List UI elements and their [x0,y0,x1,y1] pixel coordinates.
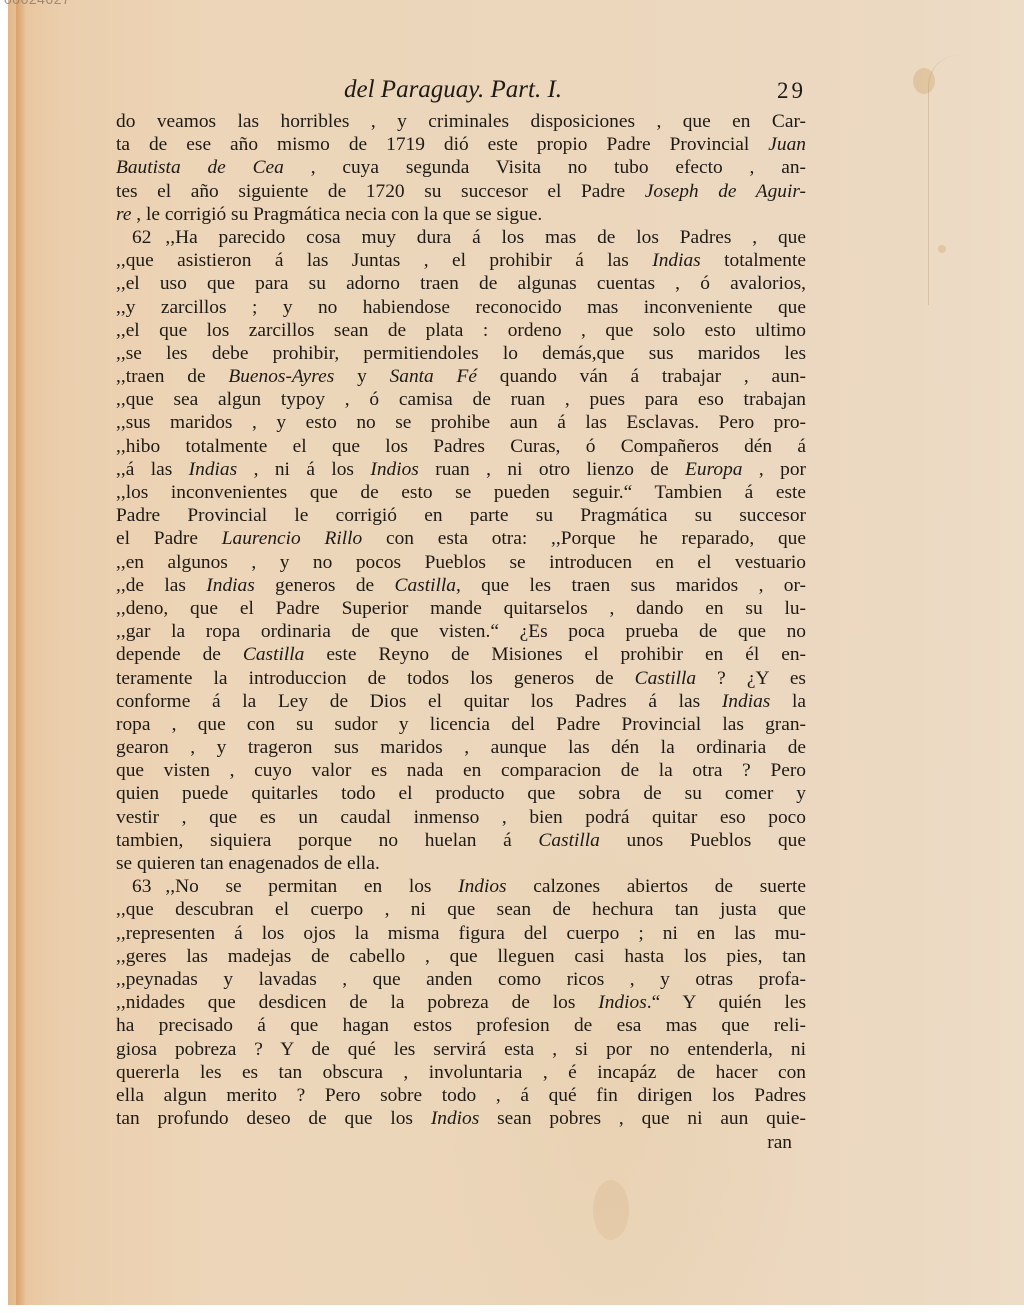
text-line: que visten , cuyo valor es nada en compa… [116,759,806,782]
text-line: ,,en algunos , y no pocos Pueblos se int… [116,551,806,574]
italic-text: Castilla [538,830,599,851]
text-segment: ,,sus maridos , y esto no se prohibe aun… [116,412,806,433]
text-segment: ,,de las [116,575,206,596]
text-line: ,,que sea algun typoy , ó camisa de ruan… [116,388,806,411]
text-line: ,,y zarcillos ; y no habiendose reconoci… [116,296,806,319]
italic-text: Santa Fé [390,366,477,387]
text-segment: el Padre [116,528,222,549]
text-line: quererla les es tan obscura , involuntar… [116,1061,806,1084]
text-line: ,,geres las madejas de cabello , que lle… [116,945,806,968]
text-line: ,,gar la ropa ordinaria de que visten.“ … [116,620,806,643]
text-line: ,,nidades que desdicen de la pobreza de … [116,991,806,1014]
text-line: ha precisado á que hagan estos profesion… [116,1014,806,1037]
text-line: giosa pobreza ? Y de qué les servirá est… [116,1038,806,1061]
text-segment: ha precisado á que hagan estos profesion… [116,1015,806,1036]
spine-shadow [16,0,26,1305]
text-segment: do veamos las horribles , y criminales d… [116,111,806,132]
italic-text: Castilla [395,575,456,596]
text-segment: ,,geres las madejas de cabello , que lle… [116,946,806,967]
italic-text: Juan [768,134,806,155]
text-block: del Paraguay. Part. I. 29 do veamos las … [116,76,806,1156]
text-segment: ,,en algunos , y no pocos Pueblos se int… [116,552,806,573]
text-line: ,,peynadas y lavadas , que anden como ri… [116,968,806,991]
text-segment: calzones abiertos de suerte [507,876,806,897]
text-line: ,,los inconvenientes que de esto se pued… [116,481,806,504]
italic-text: Europa [685,459,742,480]
text-segment: ,,traen de [116,366,228,387]
text-segment: y [334,366,389,387]
text-segment: , que les traen sus maridos , or- [456,575,806,596]
text-line: ,,representen á los ojos la misma figura… [116,922,806,945]
italic-text: Indios [598,992,646,1013]
text-segment: totalmente [701,250,806,271]
italic-text: re [116,204,131,225]
text-line: ,,deno, que el Padre Superior mande quit… [116,597,806,620]
text-line: gearon , y trageron sus maridos , aunque… [116,736,806,759]
italic-text: Indias [206,575,254,596]
paragraph-number: 63 [132,875,151,898]
catchword: ran [116,1130,806,1156]
italic-text: Indios [431,1108,479,1129]
book-page: del Paraguay. Part. I. 29 do veamos las … [8,0,1024,1305]
text-line: ,,el uso que para su adorno traen de alg… [116,272,806,295]
text-segment: ,,que descubran el cuerpo , ni que sean … [116,899,806,920]
text-line: vestir , que es un caudal inmenso , bien… [116,806,806,829]
text-line: tambien, siquiera porque no huelan á Cas… [116,829,806,852]
text-segment: ,,el que los zarcillos sean de plata : o… [116,320,806,341]
text-segment: se quieren tan enagenados de ella. [116,853,380,874]
text-segment: ta de ese año mismo de 1719 dió este pro… [116,134,768,155]
text-segment: con esta otra: ,,Porque he reparado, que [362,528,806,549]
text-segment: depende de [116,644,243,665]
text-segment: este Reyno de Misiones el prohibir en él… [304,644,806,665]
text-line: se quieren tan enagenados de ella. [116,852,806,875]
text-line: ,,que descubran el cuerpo , ni que sean … [116,898,806,921]
italic-text: Joseph de Aguir- [645,181,806,202]
italic-text: Bautista de Cea [116,157,284,178]
text-line: teramente la introduccion de todos los g… [116,667,806,690]
text-segment: ,,No se permitan en los [165,876,458,897]
paper-crease [928,55,959,305]
text-segment: ,,que sea algun typoy , ó camisa de ruan… [116,389,806,410]
text-line: tes el año siguiente de 1720 su succesor… [116,180,806,203]
italic-text: Castilla [243,644,304,665]
foxing-spot [913,68,935,94]
text-segment: ropa , que con su sudor y licencia del P… [116,714,806,735]
text-segment: ,,el uso que para su adorno traen de alg… [116,273,806,294]
text-line: do veamos las horribles , y criminales d… [116,110,806,133]
text-line: ta de ese año mismo de 1719 dió este pro… [116,133,806,156]
text-segment: generos de [255,575,395,596]
text-segment: quien puede quitarles todo el producto q… [116,783,806,804]
text-segment: ,,y zarcillos ; y no habiendose reconoci… [116,297,806,318]
text-segment: , por [742,459,806,480]
text-segment: unos Pueblos que [600,830,806,851]
text-segment: ,,que asistieron á las Juntas , el prohi… [116,250,652,271]
text-line: ella algun merito ? Pero sobre todo , á … [116,1084,806,1107]
text-segment: .“ Y quién les [647,992,806,1013]
text-segment: ella algun merito ? Pero sobre todo , á … [116,1085,806,1106]
text-segment: la [770,691,806,712]
paragraph-number: 62 [132,226,151,249]
text-segment: , ni á los [237,459,370,480]
text-line: 63,,No se permitan en los Indios calzone… [116,875,806,898]
text-segment: Padre Provincial le corrigió en parte su… [116,505,806,526]
italic-text: Indias [189,459,237,480]
text-segment: vestir , que es un caudal inmenso , bien… [116,807,806,828]
body-text: do veamos las horribles , y criminales d… [116,110,806,1130]
italic-text: Laurencio Rillo [222,528,362,549]
text-segment: giosa pobreza ? Y de qué les servirá est… [116,1039,806,1060]
foxing-spot [938,245,946,253]
page-number: 29 [777,78,806,104]
text-line: ,,hibo totalmente el que los Padres Cura… [116,435,806,458]
text-line: 62,,Ha parecido cosa muy dura á los mas … [116,226,806,249]
italic-text: Indios [370,459,418,480]
text-line: ,,de las Indias generos de Castilla, que… [116,574,806,597]
italic-text: Indias [722,691,770,712]
text-line: ,,que asistieron á las Juntas , el prohi… [116,249,806,272]
text-line: tan profundo deseo de que los Indios sea… [116,1107,806,1130]
text-segment: ,,Ha parecido cosa muy dura á los mas de… [165,227,806,248]
italic-text: Indias [652,250,700,271]
text-segment: sean pobres , que ni aun quie- [479,1108,806,1129]
text-segment: ,,peynadas y lavadas , que anden como ri… [116,969,806,990]
text-segment: tambien, siquiera porque no huelan á [116,830,538,851]
text-segment: tan profundo deseo de que los [116,1108,431,1129]
text-line: quien puede quitarles todo el producto q… [116,782,806,805]
text-segment: quererla les es tan obscura , involuntar… [116,1062,806,1083]
running-head: del Paraguay. Part. I. 29 [116,76,806,110]
text-line: el Padre Laurencio Rillo con esta otra: … [116,527,806,550]
text-segment: ,,hibo totalmente el que los Padres Cura… [116,436,806,457]
text-line: ropa , que con su sudor y licencia del P… [116,713,806,736]
text-line: depende de Castilla este Reyno de Mision… [116,643,806,666]
text-line: ,,sus maridos , y esto no se prohibe aun… [116,411,806,434]
italic-text: Indios [458,876,506,897]
text-line: Bautista de Cea , cuya segunda Visita no… [116,156,806,179]
text-segment: quando ván á trabajar , aun- [477,366,806,387]
italic-text: Buenos-Ayres [228,366,334,387]
text-line: conforme á la Ley de Dios el quitar los … [116,690,806,713]
text-segment: , cuya segunda Visita no tubo efecto , a… [284,157,806,178]
text-segment: ,,gar la ropa ordinaria de que visten.“ … [116,621,806,642]
scan-id-fragment: 00024627 [4,0,70,7]
text-segment: ,,representen á los ojos la misma figura… [116,923,806,944]
running-title: del Paraguay. Part. I. [344,76,562,104]
text-segment: ,,á las [116,459,189,480]
text-segment: teramente la introduccion de todos los g… [116,668,635,689]
foxing-spot [593,1180,629,1240]
text-line: re , le corrigió su Pragmática necia con… [116,203,806,226]
text-line: ,,traen de Buenos-Ayres y Santa Fé quand… [116,365,806,388]
text-segment: ,,nidades que desdicen de la pobreza de … [116,992,598,1013]
text-segment: conforme á la Ley de Dios el quitar los … [116,691,722,712]
text-segment: ? ¿Y es [696,668,806,689]
text-line: ,,se les debe prohibir, permitiendoles l… [116,342,806,365]
text-segment: ,,los inconvenientes que de esto se pued… [116,482,806,503]
text-line: Padre Provincial le corrigió en parte su… [116,504,806,527]
text-segment: ,,deno, que el Padre Superior mande quit… [116,598,806,619]
text-segment: ruan , ni otro lienzo de [419,459,685,480]
italic-text: Castilla [635,668,696,689]
text-segment: gearon , y trageron sus maridos , aunque… [116,737,806,758]
text-segment: tes el año siguiente de 1720 su succesor… [116,181,645,202]
text-segment: que visten , cuyo valor es nada en compa… [116,760,806,781]
text-line: ,,el que los zarcillos sean de plata : o… [116,319,806,342]
text-segment: ,,se les debe prohibir, permitiendoles l… [116,343,806,364]
text-line: ,,á las Indias , ni á los Indios ruan , … [116,458,806,481]
text-segment: , le corrigió su Pragmática necia con la… [131,204,542,225]
